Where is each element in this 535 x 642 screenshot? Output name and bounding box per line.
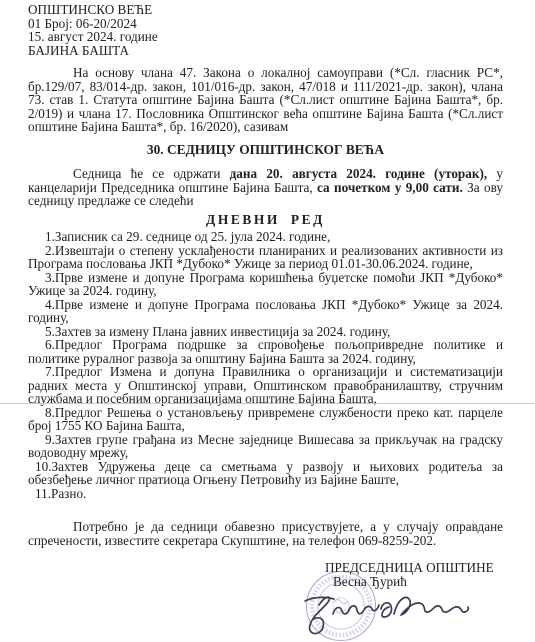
agenda-item-1: 1.Записник са 29. седнице од 25. јула 20… <box>28 230 503 244</box>
agenda-item-10: 10.Захтев Удружења деце са сметњама у ра… <box>28 460 503 487</box>
agenda-item-5: 5.Захтев за измену Плана јавних инвестиц… <box>28 325 503 339</box>
agenda-item-4: 4.Прве измене и допуне Програма пословањ… <box>28 298 503 325</box>
document-place: БАЈИНА БАШТА <box>28 44 503 58</box>
document-number: 01 Број: 06-20/2024 <box>28 17 503 31</box>
signer-title: ПРЕДСЕДНИЦА ОПШТИНЕ <box>325 561 505 575</box>
issuing-body: ОПШТИНСКО ВЕЋЕ <box>28 3 503 17</box>
agenda-item-7: 7.Предлог Измена и допуна Правилника о о… <box>28 365 503 406</box>
agenda-item-6: 6.Предлог Програма подршке за спровођење… <box>28 338 503 365</box>
scan-artifact-line <box>0 403 535 404</box>
agenda-item-9: 9.Захтев групе грађана из Месне заједниц… <box>28 433 503 460</box>
document-date: 15. август 2024. године <box>28 30 503 44</box>
signer-name: Весна Ђурић <box>325 575 505 589</box>
scanned-document-page: ОПШТИНСКО ВЕЋЕ 01 Број: 06-20/2024 15. а… <box>0 0 535 642</box>
intro-time-bold: са почетком у 9,00 сати. <box>317 180 463 195</box>
legal-basis-paragraph: На основу члана 47. Закона о локалној са… <box>28 66 503 134</box>
session-title: 30. СЕДНИЦУ ОПШТИНСКОГ ВЕЋА <box>28 143 503 157</box>
agenda-item-8: 8.Предлог Решења о установљењу привремен… <box>28 406 503 433</box>
agenda-item-11: 11.Разно. <box>28 487 503 501</box>
document-header: ОПШТИНСКО ВЕЋЕ 01 Број: 06-20/2024 15. а… <box>28 3 503 57</box>
agenda-item-3: 3.Прве измене и допуне Програма коришћењ… <box>28 271 503 298</box>
signature-block: ПРЕДСЕДНИЦА ОПШТИНЕ Весна Ђурић <box>325 561 505 589</box>
signature-ink <box>297 589 472 639</box>
agenda-heading: ДНЕВНИ РЕД <box>28 213 503 227</box>
closing-paragraph: Потребно је да седници обавезно присуств… <box>28 520 503 547</box>
agenda-list: 1.Записник са 29. седнице од 25. јула 20… <box>28 230 503 500</box>
intro-paragraph: Седница ће се одржати дана 20. августа 2… <box>28 167 503 208</box>
agenda-item-2: 2.Извештаји о степену усклађености плани… <box>28 244 503 271</box>
